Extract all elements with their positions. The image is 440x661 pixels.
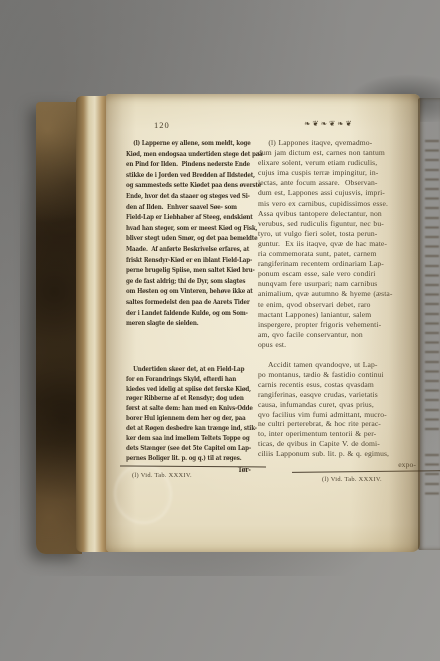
- text-line: bliver stegt uden Smør, og det paa bemel…: [126, 233, 256, 244]
- facing-page-blurred-footnote: [425, 454, 439, 496]
- text-line: kiedes ved idelig at spiise det ferske K…: [126, 385, 256, 395]
- text-line: først at salte dem: han med en Knivs-Odd…: [126, 404, 256, 414]
- text-line: en Pind for Ilden. Pindens nederste Ende: [126, 159, 256, 170]
- text-line: Kiød, men endogsaa undertiden stege det …: [126, 149, 256, 160]
- text-line: der i Landet faldende Kulde, og om Som-: [126, 308, 256, 319]
- text-line: ge de fast aldrig; thi de Dyr, som slagt…: [126, 276, 256, 287]
- text-line: det at Røgen desbedre kan trænge ind, st…: [126, 424, 256, 434]
- page-number: 120: [154, 120, 170, 130]
- text-line: røger Ribberne af et Rensdyr; dog uden: [126, 394, 256, 404]
- book-page: 120 ❧❦❧❦❧❦ (l) Lapperne ey allene, som m…: [106, 94, 420, 552]
- text-line: om Høsten og om Vinteren, behøve ikke at: [126, 286, 256, 297]
- column-danish: (l) Lapperne ey allene, som meldt, kogeK…: [126, 138, 256, 474]
- text-line: meren slagte de sielden.: [126, 318, 256, 329]
- text-line: ker dem saa ind imellem Teltets Toppe og: [126, 434, 256, 444]
- text-line: Ende, hvor det da staaer og steges ved S…: [126, 191, 256, 202]
- text-line: dets Stænger (see det 5te Capitel om Lap…: [126, 444, 256, 454]
- book-photo: 120 ❧❦❧❦❧❦ (l) Lapperne ey allene, som m…: [36, 94, 440, 556]
- text-line: friskt Rensdyr-Kiød er en iblant Field-L…: [126, 255, 256, 266]
- text-line: og sammesteds sette Kiødet paa dens øver…: [126, 180, 256, 191]
- text-line: Undertiden skeer det, at en Field-Lap: [126, 365, 256, 375]
- text-line: stikke de i Jorden ved Bredden af Ildste…: [126, 170, 256, 181]
- danish-paragraph-2: Undertiden skeer det, at en Field-Lapfor…: [126, 365, 256, 464]
- footnote-left: (l) Vid. Tab. XXXIV.: [132, 472, 192, 479]
- text-line: perne brugelig Spiise, men saltet Kiød b…: [126, 265, 256, 276]
- facing-page: [418, 98, 440, 550]
- text-line: pernes Boliger lit. p. og q.) til at røg…: [126, 454, 256, 464]
- facing-page-blurred-text: [425, 140, 439, 430]
- text-line: Maade. Af anførte Beskrivelse erfares, a…: [126, 244, 256, 255]
- text-line: saltes formedelst den paa de Aarets Tide…: [126, 297, 256, 308]
- text-line: Field-Lap er Liebhaber af Steeg, endskiø…: [126, 212, 256, 223]
- text-line: for en Forandrings Skyld, efterdi han: [126, 375, 256, 385]
- danish-paragraph-1: (l) Lapperne ey allene, som meldt, kogeK…: [126, 138, 256, 329]
- text-line: borer Hul igiennem dem her og der, paa: [126, 414, 256, 424]
- text-line: den af Ilden. Enhver saavel Søe- som: [126, 202, 256, 213]
- page-curvature-shadow: [350, 94, 420, 552]
- text-line: (l) Lapperne ey allene, som meldt, koge: [126, 138, 256, 149]
- text-line: hvad han steger, som er meest Kiød og Fi…: [126, 223, 256, 234]
